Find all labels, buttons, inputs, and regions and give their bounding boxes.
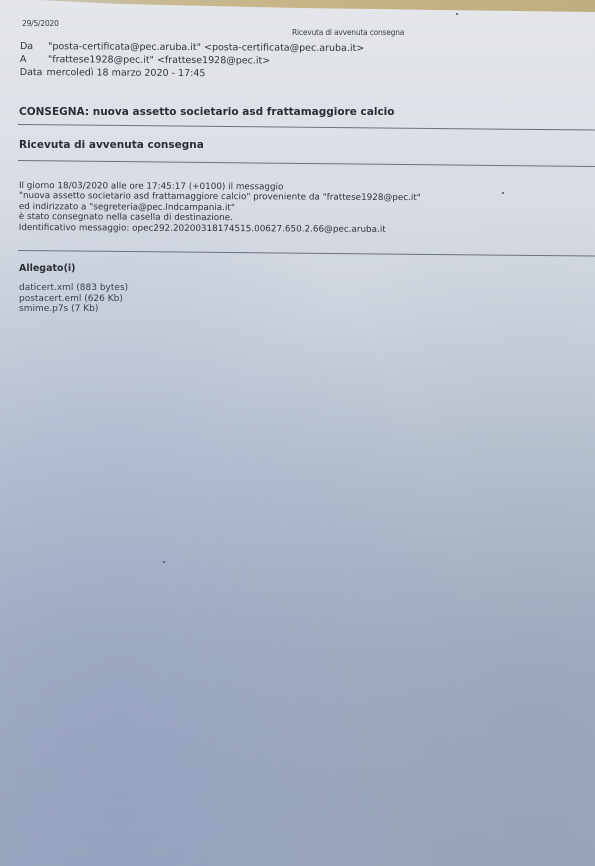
- receipt-body: Il giorno 18/03/2020 alle ore 17:45:17 (…: [19, 181, 421, 235]
- to-label: A: [20, 53, 48, 66]
- paper-speck: [502, 192, 504, 194]
- print-header-title: Ricevuta di avvenuta consegna: [292, 28, 404, 37]
- print-date: 29/5/2020: [22, 19, 59, 28]
- attachment-item: daticert.xml (883 bytes): [19, 283, 128, 294]
- attachment-item: smime.p7s (7 Kb): [19, 304, 128, 315]
- printed-page: 29/5/2020 Ricevuta di avvenuta consegna …: [0, 0, 595, 866]
- to-value: "frattese1928@pec.it" <frattese1928@pec.…: [48, 54, 270, 66]
- receipt-title: Ricevuta di avvenuta consegna: [19, 139, 204, 151]
- message-subject: CONSEGNA: nuova assetto societario asd f…: [19, 106, 395, 118]
- date-value: mercoledì 18 marzo 2020 - 17:45: [46, 67, 205, 79]
- divider: [18, 250, 595, 257]
- paper-speck: [456, 13, 458, 15]
- attachments-list: daticert.xml (883 bytes) postacert.eml (…: [19, 283, 128, 315]
- date-row: Datamercoledì 18 marzo 2020 - 17:45: [20, 66, 364, 81]
- from-value: "posta-certificata@pec.aruba.it" <posta-…: [48, 41, 364, 54]
- date-label: Data: [20, 67, 43, 78]
- message-metadata: Da"posta-certificata@pec.aruba.it" <post…: [20, 40, 364, 81]
- divider: [18, 124, 595, 131]
- message-id-line: Identificativo messaggio: opec292.202003…: [19, 223, 421, 236]
- attachments-title: Allegato(i): [19, 263, 76, 274]
- from-label: Da: [20, 40, 48, 53]
- attachment-item: postacert.eml (626 Kb): [19, 294, 128, 305]
- divider: [18, 160, 595, 167]
- paper-speck: [163, 561, 165, 563]
